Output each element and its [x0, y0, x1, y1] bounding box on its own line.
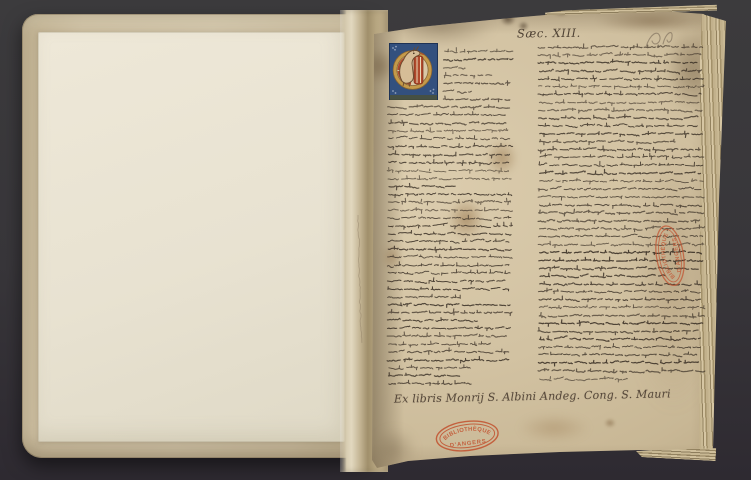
stain: [500, 12, 516, 26]
manuscript-photo: Sæc. XIII. BIBLIOTHÈQUE D'ANGERS BIBLIOT…: [0, 0, 751, 480]
folio-flourish: [640, 24, 682, 54]
svg-text:D'ANGERS: D'ANGERS: [672, 236, 684, 272]
stain: [448, 198, 484, 240]
stain: [382, 244, 402, 270]
stain: [386, 6, 496, 46]
left-cover-page: [22, 14, 368, 458]
blank-pastedown: [38, 32, 345, 442]
period-annotation: Sæc. XIII.: [517, 26, 607, 45]
stain: [604, 418, 616, 428]
illuminated-initial: [389, 43, 438, 102]
stain: [372, 428, 416, 470]
stain: [518, 414, 590, 442]
stain: [486, 140, 518, 176]
